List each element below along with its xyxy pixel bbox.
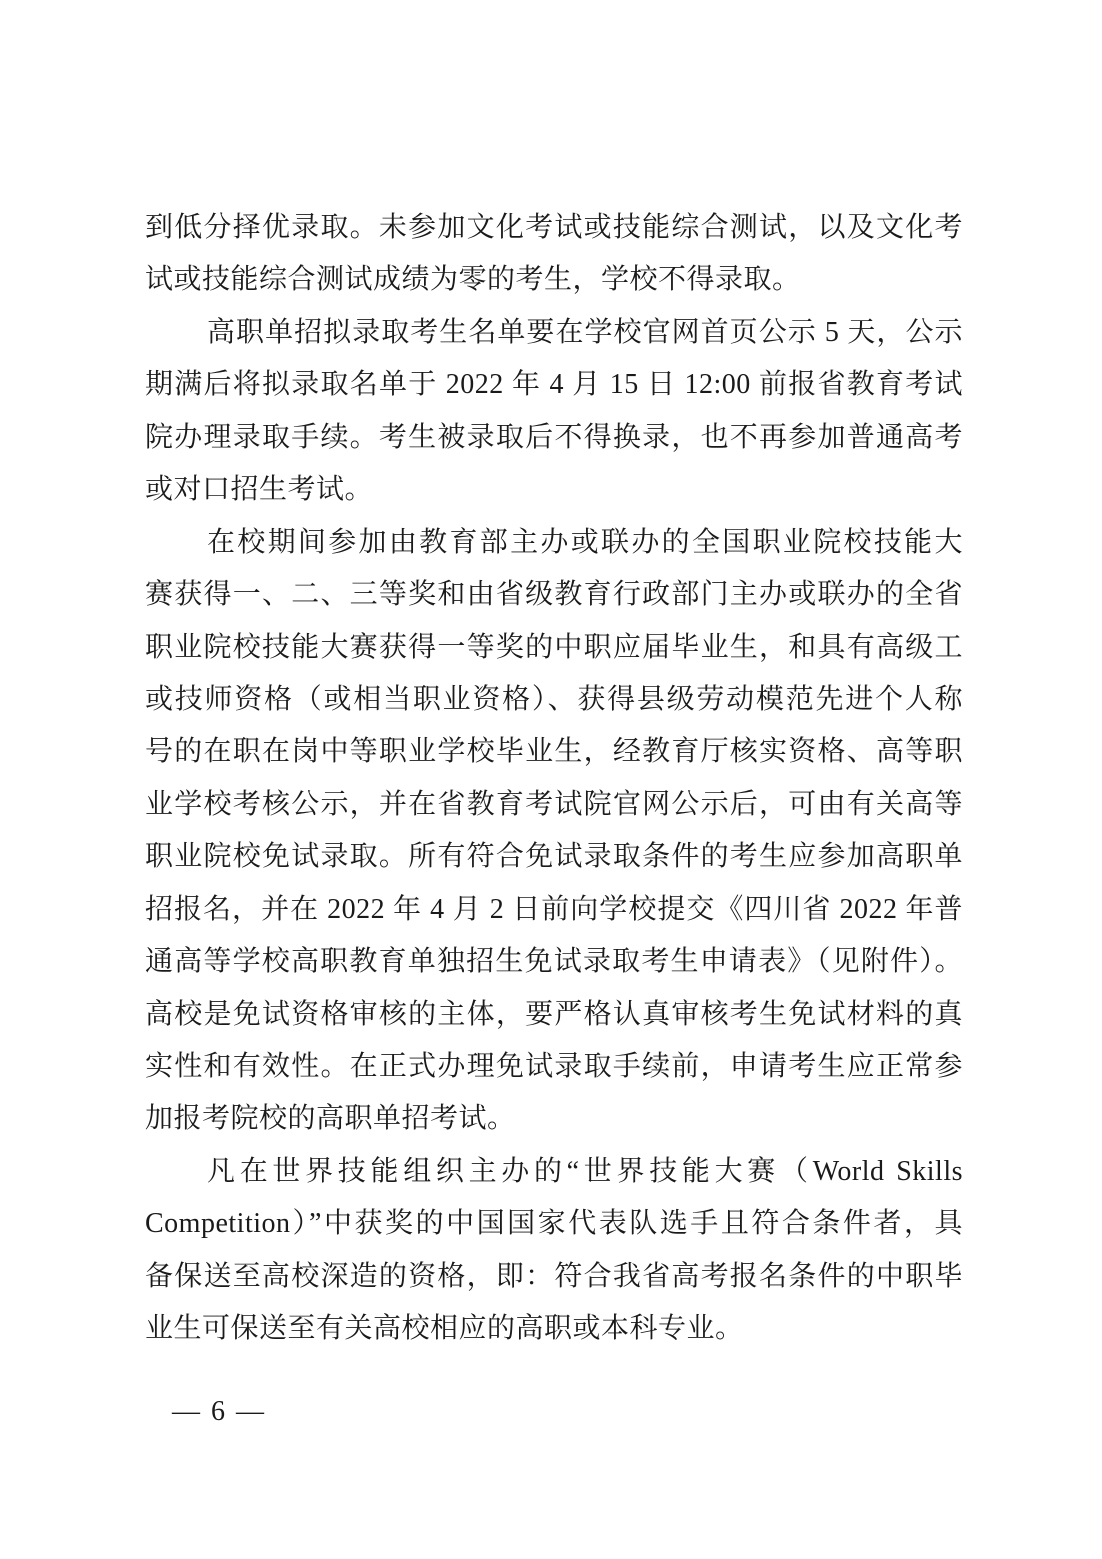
document-page: 到低分择优录取。未参加文化考试或技能综合测试，以及文化考 试或技能综合测试成绩为… [0,0,1102,1559]
text-line: 加报考院校的高职单招考试。 [145,1093,963,1145]
text-line: 到低分择优录取。未参加文化考试或技能综合测试，以及文化考 [145,202,963,254]
text-line: 职业院校免试录取。所有符合免试录取条件的考生应参加高职单 [145,831,963,883]
page-number: — 6 — [172,1386,266,1438]
text-line: 凡在世界技能组织主办的“世界技能大赛（World Skills [145,1146,963,1198]
text-line: 招报名，并在 2022 年 4 月 2 日前向学校提交《四川省 2022 年普 [145,884,963,936]
text-line: 号的在职在岗中等职业学校毕业生，经教育厅核实资格、高等职 [145,726,963,778]
text-line: 或技师资格（或相当职业资格）、获得县级劳动模范先进个人称 [145,674,963,726]
text-line: 期满后将拟录取名单于 2022 年 4 月 15 日 12:00 前报省教育考试 [145,359,963,411]
text-line: 或对口招生考试。 [145,464,963,516]
text-line: 业学校考核公示，并在省教育考试院官网公示后，可由有关高等 [145,779,963,831]
text-line: 院办理录取手续。考生被录取后不得换录，也不再参加普通高考 [145,412,963,464]
text-line: Competition）”中获奖的中国国家代表队选手且符合条件者，具 [145,1198,963,1250]
text-line: 通高等学校高职教育单独招生免试录取考生申请表》（见附件）。 [145,936,963,988]
text-line: 试或技能综合测试成绩为零的考生，学校不得录取。 [145,254,963,306]
text-line: 在校期间参加由教育部主办或联办的全国职业院校技能大 [145,517,963,569]
text-line: 备保送至高校深造的资格，即：符合我省高考报名条件的中职毕 [145,1251,963,1303]
text-line: 高校是免试资格审核的主体，要严格认真审核考生免试材料的真 [145,989,963,1041]
text-line: 职业院校技能大赛获得一等奖的中职应届毕业生，和具有高级工 [145,622,963,674]
text-line: 赛获得一、二、三等奖和由省级教育行政部门主办或联办的全省 [145,569,963,621]
text-line: 实性和有效性。在正式办理免试录取手续前，申请考生应正常参 [145,1041,963,1093]
document-body: 到低分择优录取。未参加文化考试或技能综合测试，以及文化考 试或技能综合测试成绩为… [145,202,963,1356]
text-line: 高职单招拟录取考生名单要在学校官网首页公示 5 天，公示 [145,307,963,359]
text-line: 业生可保送至有关高校相应的高职或本科专业。 [145,1303,963,1355]
